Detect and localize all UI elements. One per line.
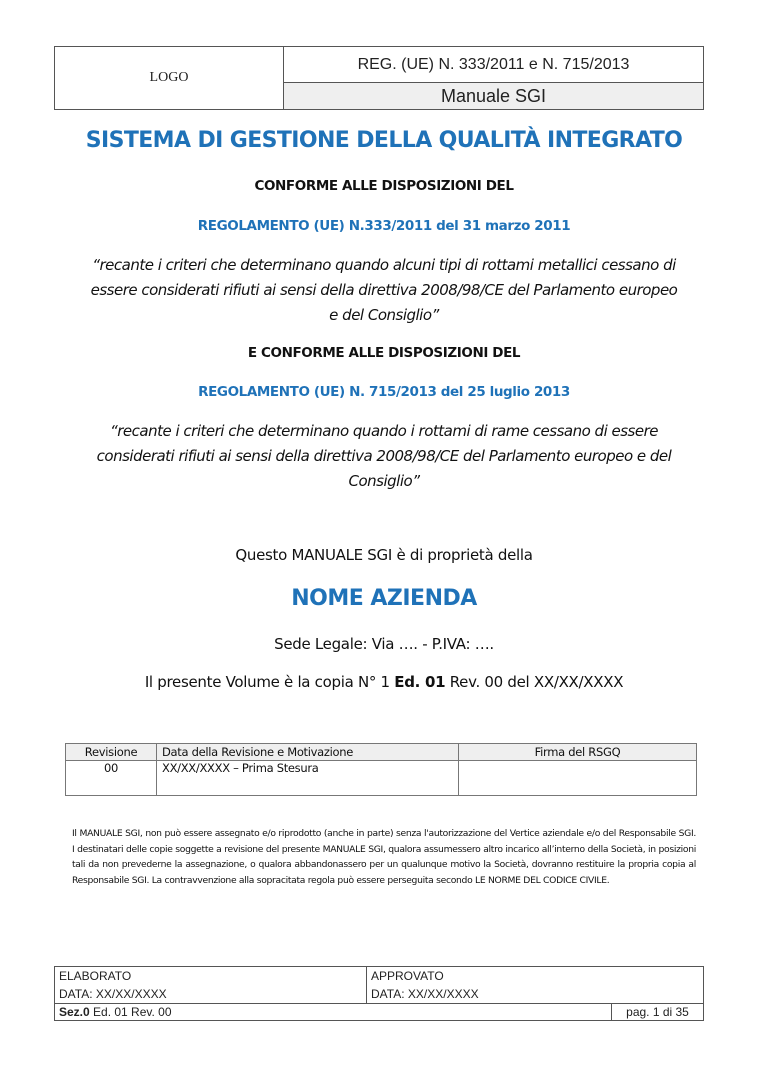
approved-date: DATA: XX/XX/XXXX — [371, 985, 699, 1003]
revision-table: Revisione Data della Revisione e Motivaz… — [65, 743, 697, 796]
regulation-reference: REG. (UE) N. 333/2011 e N. 715/2013 — [284, 47, 704, 83]
page-number: pag. 1 di 35 — [612, 1004, 704, 1021]
regulation-2-quote: “recante i criteri che determinano quand… — [0, 419, 768, 494]
prepared-cell: ELABORATO DATA: XX/XX/XXXX — [55, 967, 367, 1004]
quote-line: Consiglio” — [0, 469, 768, 494]
table-row: 00 XX/XX/XXXX – Prima Stesura — [66, 761, 697, 796]
edition-label: Ed. 01 Rev. 00 — [90, 1005, 172, 1019]
copy-edition: Ed. 01 — [394, 673, 445, 691]
document-footer: ELABORATO DATA: XX/XX/XXXX APPROVATO DAT… — [54, 966, 704, 1021]
company-name: NOME AZIENDA — [0, 586, 768, 611]
conformity-heading-2: E CONFORME ALLE DISPOSIZIONI DEL — [0, 345, 768, 361]
copy-suffix: Rev. 00 del XX/XX/XXXX — [445, 673, 623, 691]
manual-name: Manuale SGI — [284, 83, 704, 110]
col-date-motivation: Data della Revisione e Motivazione — [157, 744, 459, 761]
quote-line: “recante i criteri che determinano quand… — [0, 419, 768, 444]
document-header: LOGO REG. (UE) N. 333/2011 e N. 715/2013… — [54, 46, 704, 110]
revision-number: 00 — [66, 761, 157, 796]
revision-table-header: Revisione Data della Revisione e Motivaz… — [66, 744, 697, 761]
conformity-heading-1: CONFORME ALLE DISPOSIZIONI DEL — [0, 178, 768, 194]
quote-line: e del Consiglio” — [0, 303, 768, 328]
section-edition: Sez.0 Ed. 01 Rev. 00 — [55, 1004, 612, 1021]
quote-line: “recante i criteri che determinano quand… — [0, 253, 768, 278]
approved-label: APPROVATO — [371, 967, 699, 985]
quote-line: essere considerati rifiuti ai sensi dell… — [0, 278, 768, 303]
approved-cell: APPROVATO DATA: XX/XX/XXXX — [367, 967, 704, 1004]
disclaimer-text: Il MANUALE SGI, non può essere assegnato… — [72, 826, 696, 888]
regulation-1: REGOLAMENTO (UE) N.333/2011 del 31 marzo… — [0, 218, 768, 234]
copy-prefix: Il presente Volume è la copia N° 1 — [145, 673, 394, 691]
logo-placeholder: LOGO — [55, 47, 284, 110]
company-address: Sede Legale: Via …. - P.IVA: …. — [0, 635, 768, 653]
prepared-date: DATA: XX/XX/XXXX — [59, 985, 362, 1003]
regulation-1-quote: “recante i criteri che determinano quand… — [0, 253, 768, 328]
document-title: SISTEMA DI GESTIONE DELLA QUALITÀ INTEGR… — [0, 128, 768, 153]
revision-signature — [459, 761, 697, 796]
quote-line: considerati rifiuti ai sensi della diret… — [0, 444, 768, 469]
col-signature: Firma del RSGQ — [459, 744, 697, 761]
prepared-label: ELABORATO — [59, 967, 362, 985]
copy-info: Il presente Volume è la copia N° 1 Ed. 0… — [0, 673, 768, 691]
ownership-intro: Questo MANUALE SGI è di proprietà della — [0, 546, 768, 564]
section-label: Sez.0 — [59, 1005, 90, 1019]
revision-description: XX/XX/XXXX – Prima Stesura — [157, 761, 459, 796]
col-revision: Revisione — [66, 744, 157, 761]
regulation-2: REGOLAMENTO (UE) N. 715/2013 del 25 lugl… — [0, 384, 768, 400]
